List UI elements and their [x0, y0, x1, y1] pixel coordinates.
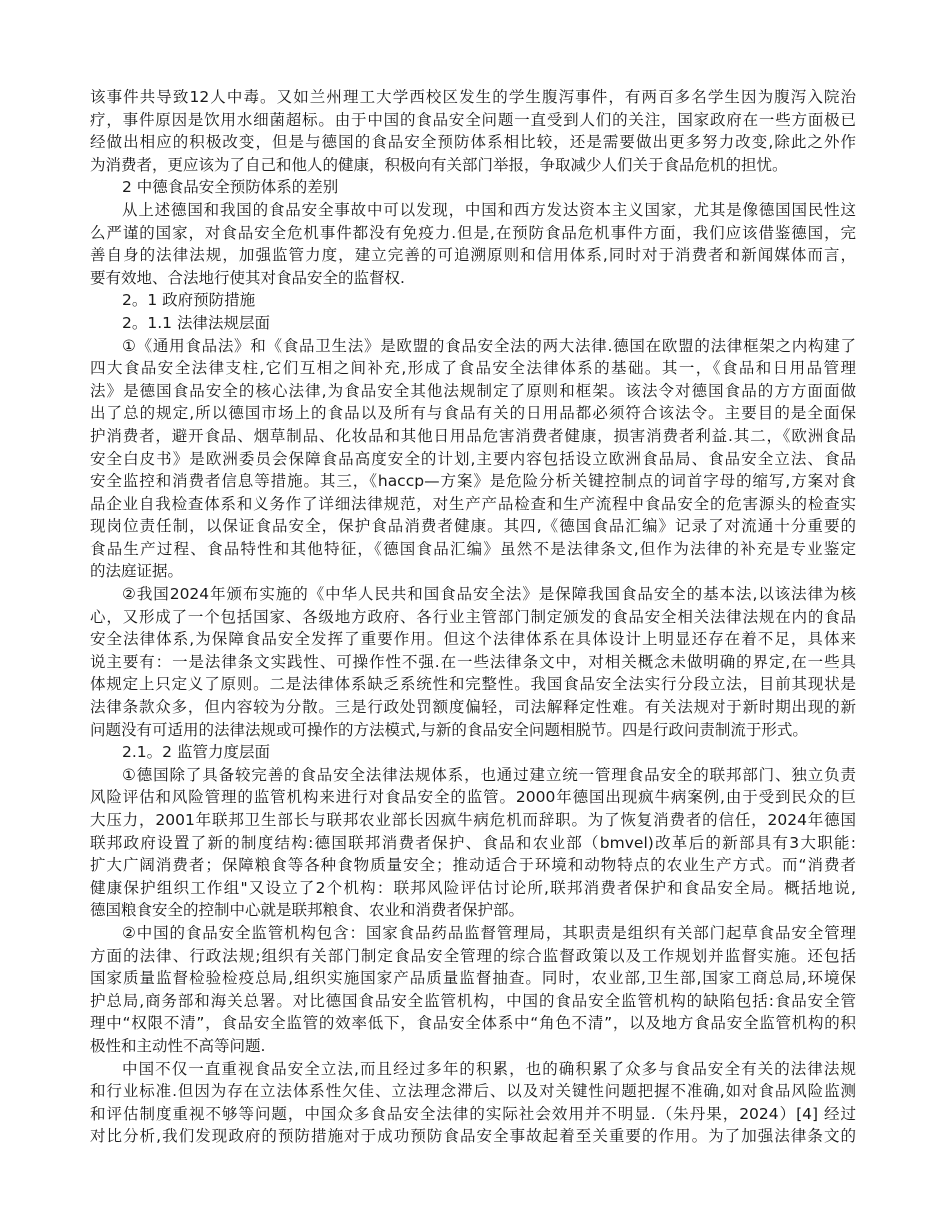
paragraph-last-line: 问题没有可适用的法律法规或可操作的方法模式,与新的食品安全问题相脱节。四是行政问… [90, 719, 856, 742]
body-line: 说主要有：一是法律条文实践性、可操作性不强.在一些法律条文中，对相关概念未做明确… [90, 651, 856, 674]
section-heading: 2 中德食品安全预防体系的差别 [90, 176, 856, 199]
paragraph-first-line: ①《通用食品法》和《食品卫生法》是欧盟的食品安全法的两大法律.德国在欧盟的法律框… [90, 335, 856, 358]
paragraph-first-line: ①德国除了具备较完善的食品安全法律法规体系，也通过建立统一管理食品安全的联邦部门… [90, 764, 856, 787]
paragraph-last-line: 要有效地、合法地行使其对食品安全的监督权. [90, 267, 856, 290]
body-line: 国家质量监督检验检疫总局,组织实施国家产品质量监督抽查。同时，农业部,卫生部,国… [90, 967, 856, 990]
body-line: 方面的法律、行政法规;组织有关部门制定食品安全管理的综合监督政策以及工作规划并监… [90, 945, 856, 968]
paragraph-last-line: 极性和主动性不高等问题. [90, 1035, 856, 1058]
paragraph-last-line: 的法庭证据。 [90, 560, 856, 583]
body-line: 善自身的法律法规，加强监管力度，建立完善的可追溯原则和信用体系,同时对于消费者和… [90, 244, 856, 267]
body-line: 品企业自我检查体系和义务作了详细法律规范，对生产产品检查和生产流程中食品安全的危… [90, 493, 856, 516]
body-line: 安全监控和消费者信息等措施。其三，《haccp—方案》是危险分析关键控制点的词首… [90, 470, 856, 493]
paragraph-first-line: 从上述德国和我国的食品安全事故中可以发现，中国和西方发达资本主义国家，尤其是像德… [90, 199, 856, 222]
body-line: 法律条款众多，但内容较为分散。三是行政处罚额度偏轻，司法解释定性难。有关法规对于… [90, 696, 856, 719]
paragraph-last-line: 德国粮食安全的控制中心就是联邦粮食、农业和消费者保护部。 [90, 899, 856, 922]
body-line: 么严谨的国家，对食品安全危机事件都没有免疫力.但是,在预防食品危机事件方面，我们… [90, 222, 856, 245]
paragraph-first-line: ②中国的食品安全监管机构包含：国家食品药品监督管理局，其职责是组织有关部门起草食… [90, 922, 856, 945]
body-line: 疗，事件原因是饮用水细菌超标。由于中国的食品安全问题一直受到人们的关注，国家政府… [90, 109, 856, 132]
body-line: 安全白皮书》是欧洲委员会保障食品高度安全的计划,主要内容包括设立欧洲食品局、食品… [90, 448, 856, 471]
body-line: 法》是德国食品安全的核心法律,为食品安全其他法规制定了原则和框架。该法令对德国食… [90, 380, 856, 403]
body-line: 食品生产过程、食品特性和其他特征，《德国食品汇编》虽然不是法律条文,但作为法律的… [90, 538, 856, 561]
section-heading: 2.1。2 监管力度层面 [90, 741, 856, 764]
body-line: 护消费者，避开食品、烟草制品、化妆品和其他日用品危害消费者健康，损害消费者利益.… [90, 425, 856, 448]
paragraph-last-line: 为消费者，更应该为了自己和他人的健康，积极向有关部门举报，争取减少人们关于食品危… [90, 154, 856, 177]
body-line: 扩大广阔消费者；保障粮食等各种食物质量安全；推动适合于环境和动物特点的农业生产方… [90, 854, 856, 877]
body-line: 出了总的规定,所以德国市场上的食品以及所有与食品有关的日用品都必须符合该法令。主… [90, 402, 856, 425]
body-line: 和行业标准.但因为存在立法体系性欠佳、立法理念滞后、以及对关键性问题把握不准确,… [90, 1080, 856, 1103]
section-heading: 2。1.1 法律法规层面 [90, 312, 856, 335]
body-line: 四大食品安全法律支柱,它们互相之间补充,形成了食品安全法律体系的基础。其一，《食… [90, 357, 856, 380]
body-line: 心，又形成了一个包括国家、各级地方政府、各行业主管部门制定颁发的食品安全相关法律… [90, 606, 856, 629]
body-line: 和评估制度重视不够等问题，中国众多食品安全法律的实际社会效用并不明显.（朱丹果，… [90, 1103, 856, 1126]
body-line: 大压力，2001年联邦卫生部长与联邦农业部长因疯牛病危机而辞职。为了恢复消费者的… [90, 809, 856, 832]
body-line: 对比分析,我们发现政府的预防措施对于成功预防食品安全事故起着至关重要的作用。为了… [90, 1125, 856, 1148]
body-line: 现岗位责任制，以保证食品安全，保护食品消费者健康。其四,《德国食品汇编》记录了对… [90, 515, 856, 538]
body-line: 经做出相应的积极改变，但是与德国的食品安全预防体系相比较，还是需要做出更多努力改… [90, 131, 856, 154]
body-line: 护总局,商务部和海关总署。对比德国食品安全监管机构，中国的食品安全监管机构的缺陷… [90, 990, 856, 1013]
paragraph-first-line: ②我国2024年颁布实施的《中华人民共和国食品安全法》是保障我国食品安全的基本法… [90, 583, 856, 606]
paragraph-first-line: 中国不仅一直重视食品安全立法,而且经过多年的积累，也的确积累了众多与食品安全有关… [90, 1058, 856, 1081]
body-line: 体规定上只定义了原则。二是法律体系缺乏系统性和完整性。我国食品安全法实行分段立法… [90, 673, 856, 696]
body-line: 联邦政府设置了新的制度结构:德国联邦消费者保护、食品和农业部（bmvel)改革后… [90, 832, 856, 855]
section-heading: 2。1 政府预防措施 [90, 289, 856, 312]
body-line: 安全法律体系,为保障食品安全发挥了重要作用。但这个法律体系在具体设计上明显还存在… [90, 628, 856, 651]
document-page: 该事件共导致12人中毒。又如兰州理工大学西校区发生的学生腹泻事件，有两百多名学生… [90, 86, 856, 1148]
body-line: 风险评估和风险管理的监管机构来进行对食品安全的监管。2000年德国出现疯牛病案例… [90, 786, 856, 809]
body-line: 健康保护组织工作组"又设立了2个机构：联邦风险评估讨论所,联邦消费者保护和食品安… [90, 877, 856, 900]
body-line: 理中“权限不清”，食品安全监管的效率低下，食品安全体系中“角色不清”，以及地方食… [90, 1012, 856, 1035]
body-line: 该事件共导致12人中毒。又如兰州理工大学西校区发生的学生腹泻事件，有两百多名学生… [90, 86, 856, 109]
